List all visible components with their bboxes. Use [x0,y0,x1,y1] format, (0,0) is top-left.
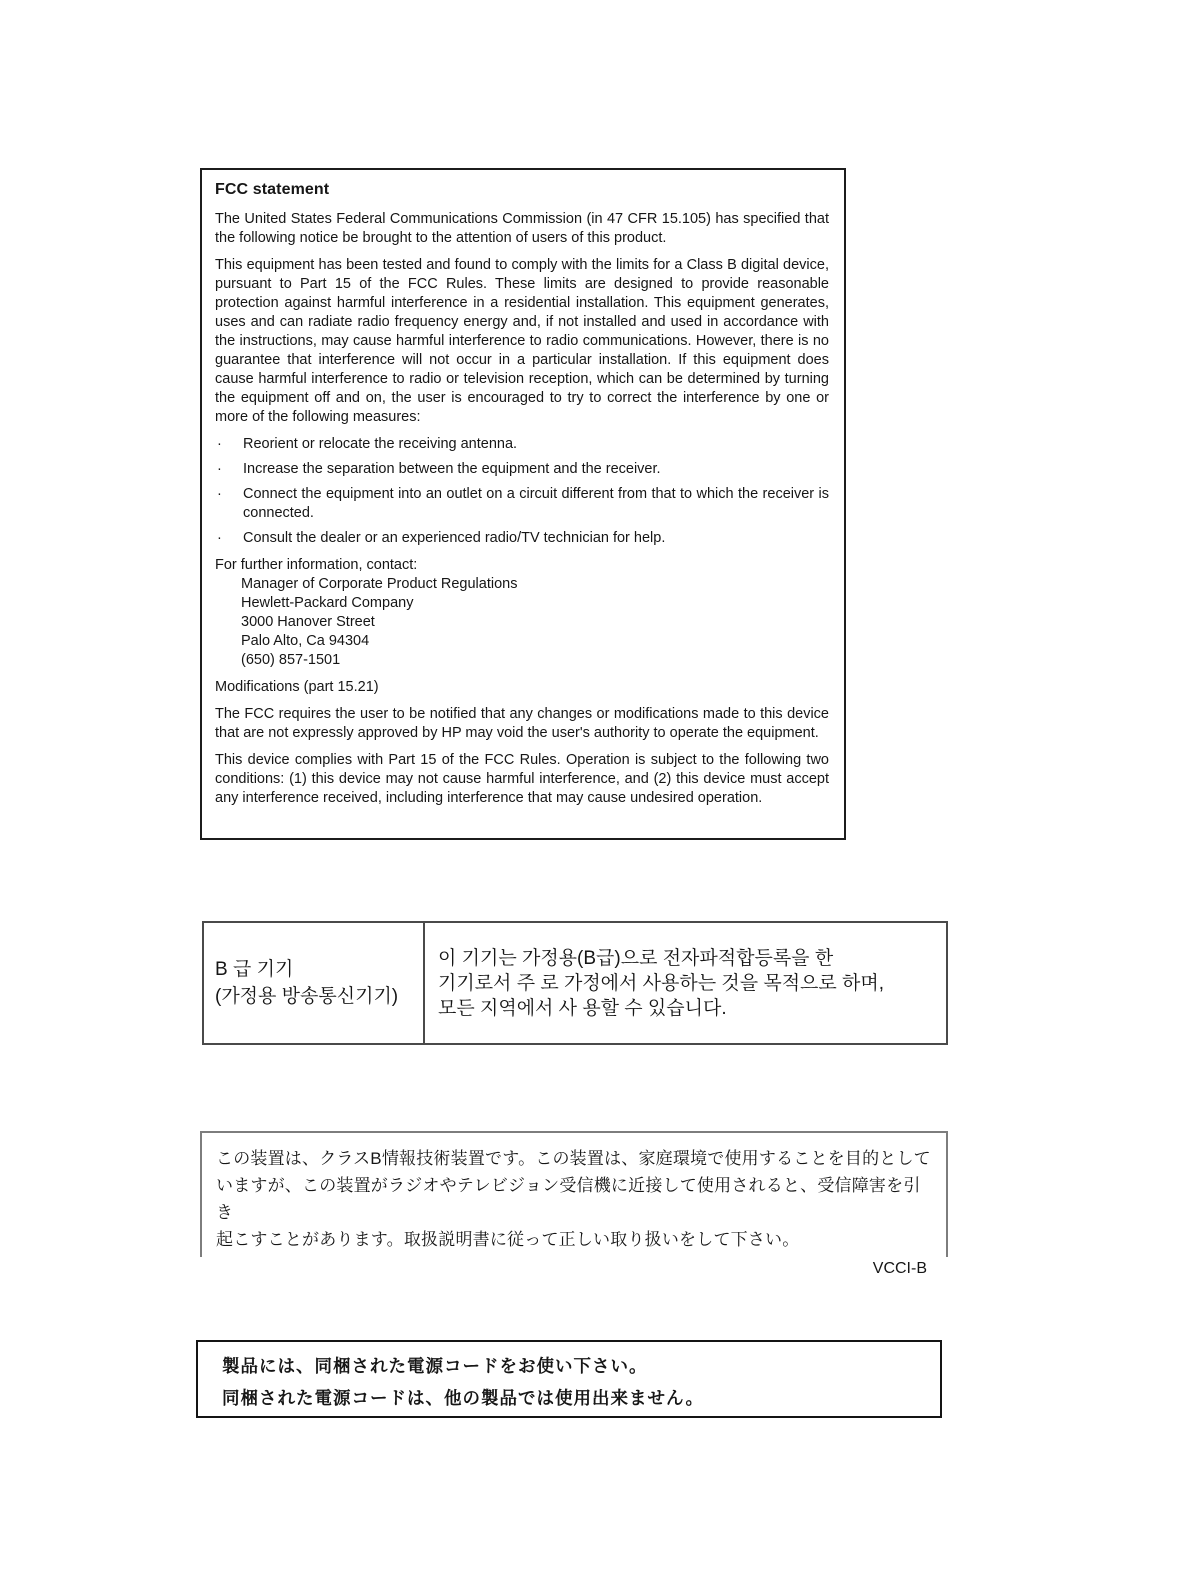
korean-classb-description-cell: 이 기기는 가정용(B급)으로 전자파적합등록을 한 기기로서 주 로 가정에서… [425,923,946,1043]
list-item: · Reorient or relocate the receiving ant… [215,435,829,454]
bullet-icon: · [215,529,243,548]
list-item-text: Connect the equipment into an outlet on … [243,485,829,523]
contact-line: Hewlett-Packard Company [241,594,829,613]
bullet-icon: · [215,460,243,479]
contact-line: Palo Alto, Ca 94304 [241,632,829,651]
korean-classb-device-cell: B 급 기기 (가정용 방송통신기기) [204,923,425,1043]
fcc-paragraph-modifications: The FCC requires the user to be notified… [215,705,829,743]
power-cord-line: 製品には、同梱された電源コードをお使い下さい。 [222,1350,924,1382]
list-item-text: Increase the separation between the equi… [243,460,829,479]
korean-classb-table: B 급 기기 (가정용 방송통신기기) 이 기기는 가정용(B급)으로 전자파적… [202,921,948,1045]
list-item: · Consult the dealer or an experienced r… [215,529,829,548]
fcc-paragraph-tested: This equipment has been tested and found… [215,256,829,427]
list-item: · Increase the separation between the eq… [215,460,829,479]
fcc-statement-box: FCC statement The United States Federal … [200,168,846,840]
vcci-b-label: VCCI-B [216,1260,932,1278]
vcci-notice-line: この装置は、クラスB情報技術装置です。この装置は、家庭環境で使用することを目的と… [216,1145,932,1172]
list-item-text: Reorient or relocate the receiving anten… [243,435,829,454]
korean-cell-line: (가정용 방송통신기기) [215,983,423,1010]
document-page: FCC statement The United States Federal … [0,0,1190,1584]
vcci-notice-box: この装置は、クラスB情報技術装置です。この装置は、家庭環境で使用することを目的と… [200,1131,948,1257]
fcc-contact-block: For further information, contact: Manage… [215,556,829,670]
korean-cell-line: 모든 지역에서 사 용할 수 있습니다. [438,996,934,1021]
korean-cell-line: B 급 기기 [215,956,423,983]
korean-cell-line: 기기로서 주 로 가정에서 사용하는 것을 목적으로 하며, [438,971,934,996]
vcci-notice-line: 起こすことがあります。取扱説明書に従って正しい取り扱いをして下さい。 [216,1226,932,1253]
bullet-icon: · [215,485,243,523]
contact-line: 3000 Hanover Street [241,613,829,632]
list-item-text: Consult the dealer or an experienced rad… [243,529,829,548]
contact-intro: For further information, contact: [215,556,829,575]
list-item: · Connect the equipment into an outlet o… [215,485,829,523]
contact-line: Manager of Corporate Product Regulations [241,575,829,594]
fcc-statement-title: FCC statement [215,181,829,199]
bullet-icon: · [215,435,243,454]
modifications-heading: Modifications (part 15.21) [215,678,829,697]
fcc-measures-list: · Reorient or relocate the receiving ant… [215,435,829,548]
fcc-paragraph-compliance: This device complies with Part 15 of the… [215,751,829,808]
contact-line: (650) 857-1501 [241,651,829,670]
power-cord-line: 同梱された電源コードは、他の製品では使用出来ません。 [222,1382,924,1414]
korean-cell-line: 이 기기는 가정용(B급)으로 전자파적합등록을 한 [438,946,934,971]
vcci-notice-line: いますが、この装置がラジオやテレビジョン受信機に近接して使用されると、受信障害を… [216,1172,932,1226]
fcc-paragraph-intro: The United States Federal Communications… [215,210,829,248]
power-cord-notice-box: 製品には、同梱された電源コードをお使い下さい。 同梱された電源コードは、他の製品… [196,1340,942,1418]
